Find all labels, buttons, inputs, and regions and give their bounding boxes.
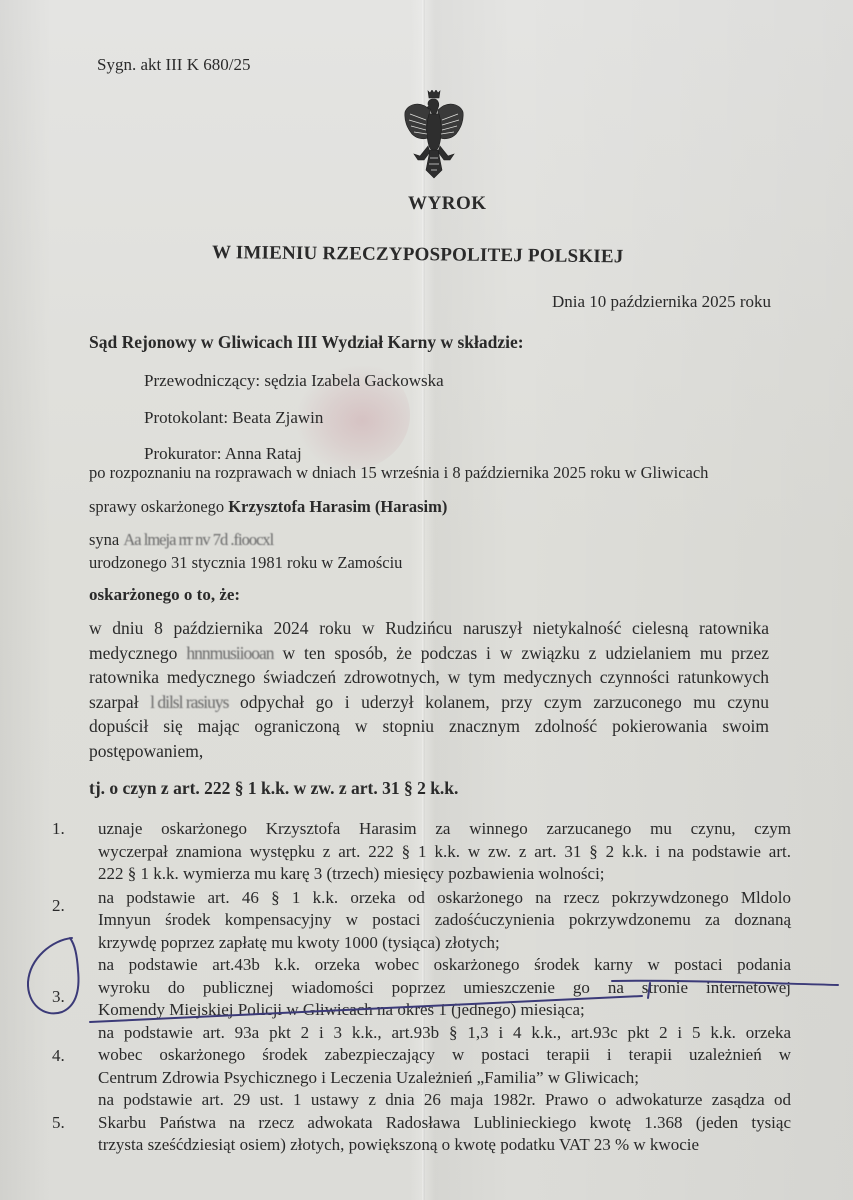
charge-line: ratownika medycznego świadczeń zdrowotny… <box>89 665 769 690</box>
ruling-number: 4. <box>52 1045 65 1068</box>
charge-description: w dniu 8 października 2024 roku w Rudziń… <box>89 616 769 763</box>
ruling-item: 4. na podstawie art. 93a pkt 2 i 3 k.k.,… <box>40 1022 800 1090</box>
son-of-line: syna Aa lmeja rrr nv 7d .fioocxl <box>89 530 273 550</box>
ruling-item: 1. uznaje oskarżonego Krzysztofa Harasim… <box>40 818 800 886</box>
panel-clerk: Protokolant: Beata Zjawin <box>144 408 323 428</box>
charge-line: dopuścił się mając ograniczoną w stopniu… <box>89 714 769 739</box>
charge-line: postępowaniem, <box>89 739 769 764</box>
panel-presiding-judge: Przewodniczący: sędzia Izabela Gackowska <box>144 371 444 391</box>
verdict-date: Dnia 10 października 2025 roku <box>552 292 771 312</box>
charges-heading: oskarżonego o to, że: <box>89 585 240 605</box>
ruling-item-circled: 3. na podstawie art.43b k.k. orzeka wobe… <box>40 954 800 1022</box>
ruling-number: 5. <box>52 1112 65 1135</box>
birth-details: urodzonego 31 stycznia 1981 roku w Zamoś… <box>89 553 402 573</box>
redacted-victim-name: hnnmusiiooan <box>186 641 273 666</box>
ruling-item: 2. na podstawie art. 46 § 1 k.k. orzeka … <box>40 887 800 955</box>
rulings-list: 1. uznaje oskarżonego Krzysztofa Harasim… <box>40 818 800 1157</box>
case-of-defendant: sprawy oskarżonego Krzysztofa Harasim (H… <box>89 497 447 517</box>
court-composition-heading: Sąd Rejonowy w Gliwicach III Wydział Kar… <box>89 332 524 353</box>
ruling-number: 3. <box>52 986 65 1009</box>
document-title: WYROK <box>408 193 487 215</box>
case-of-prefix: sprawy oskarżonego <box>89 497 228 516</box>
redacted-parent-name: Aa lmeja rrr nv 7d .fioocxl <box>123 530 273 550</box>
hearing-dates: po rozpoznaniu na rozprawach w dniach 15… <box>89 463 708 483</box>
charge-line: szarpał l dilsl rasiuys odpychał go i ud… <box>89 690 769 715</box>
charge-line: w dniu 8 października 2024 roku w Rudziń… <box>89 616 769 641</box>
court-verdict-page: Sygn. akt III K 680/25 WYROK W IMIENIU R… <box>0 0 853 1200</box>
charge-line: medycznego hnnmusiiooan w ten sposób, że… <box>89 641 769 666</box>
case-reference: Sygn. akt III K 680/25 <box>97 55 250 75</box>
panel-prosecutor: Prokurator: Anna Rataj <box>144 444 302 464</box>
ruling-number: 2. <box>52 895 65 918</box>
ruling-number: 1. <box>52 818 65 841</box>
legal-qualification: tj. o czyn z art. 222 § 1 k.k. w zw. z a… <box>89 778 458 799</box>
son-of-prefix: syna <box>89 530 123 549</box>
redacted-victim-name: l dilsl rasiuys <box>150 690 228 715</box>
document-subtitle: W IMIENIU RZECZYPOSPOLITEJ POLSKIEJ <box>212 242 624 268</box>
ruling-item: 5. na podstawie art. 29 ust. 1 ustawy z … <box>40 1089 800 1157</box>
defendant-name: Krzysztofa Harasim (Harasim) <box>228 497 447 516</box>
polish-eagle-emblem-icon <box>402 90 466 190</box>
